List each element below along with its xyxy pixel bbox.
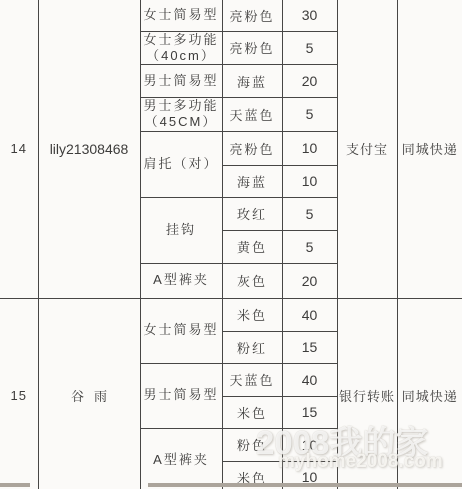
payment-cell: 银行转账 <box>337 298 397 489</box>
color-cell: 亮粉色 <box>222 131 282 165</box>
product-cell: 男士多功能 （45CM） <box>140 98 222 132</box>
product-name: 女士简易型 <box>141 7 222 23</box>
color-cell: 亮粉色 <box>222 0 282 31</box>
product-size: （45CM） <box>141 114 222 130</box>
quantity-cell: 10 <box>282 131 337 165</box>
product-name: 男士多功能 <box>141 98 222 114</box>
color-cell: 玫红 <box>222 197 282 230</box>
shipping-cell: 同城快递 <box>397 0 462 298</box>
quantity-cell: 5 <box>282 31 337 65</box>
quantity-cell: 30 <box>282 0 337 31</box>
color-cell: 天蓝色 <box>222 363 282 396</box>
quantity-cell: 10 <box>282 428 337 461</box>
order-table: 14 lily21308468 女士简易型 亮粉色 30 支付宝 同城快递 女士… <box>0 0 462 489</box>
quantity-cell: 15 <box>282 396 337 428</box>
shipping-cell: 同城快递 <box>397 298 462 489</box>
color-cell: 天蓝色 <box>222 98 282 132</box>
product-cell: 女士多功能 （40cm） <box>140 31 222 65</box>
quantity-cell: 5 <box>282 197 337 230</box>
customer-cell: 谷雨 <box>38 298 140 489</box>
color-cell: 粉红 <box>222 331 282 363</box>
product-cell: 男士简易型 <box>140 363 222 428</box>
product-cell: 肩托（对） <box>140 131 222 197</box>
product-name: 男士简易型 <box>141 387 222 403</box>
color-cell: 灰色 <box>222 263 282 298</box>
payment-cell: 支付宝 <box>337 0 397 298</box>
color-cell: 米色 <box>222 396 282 428</box>
product-cell: A型裤夹 <box>140 263 222 298</box>
product-cell: 男士简易型 <box>140 65 222 98</box>
product-cell: 女士简易型 <box>140 0 222 31</box>
quantity-cell: 5 <box>282 230 337 263</box>
quantity-cell: 10 <box>282 165 337 197</box>
quantity-cell: 40 <box>282 298 337 331</box>
quantity-cell: 20 <box>282 263 337 298</box>
quantity-cell: 5 <box>282 98 337 132</box>
product-cell: 女士简易型 <box>140 298 222 363</box>
product-name: 女士简易型 <box>141 322 222 338</box>
order-no-cell: 14 <box>0 0 38 298</box>
color-cell: 米色 <box>222 298 282 331</box>
product-name: 肩托（对） <box>141 156 222 172</box>
product-cell: A型裤夹 <box>140 428 222 489</box>
product-name: A型裤夹 <box>141 272 222 288</box>
order-no-cell: 15 <box>0 298 38 489</box>
product-name: 男士简易型 <box>141 73 222 89</box>
color-cell: 亮粉色 <box>222 31 282 65</box>
product-name: 女士多功能 <box>141 32 222 48</box>
color-cell: 黄色 <box>222 230 282 263</box>
product-name: A型裤夹 <box>141 452 222 468</box>
customer-cell: lily21308468 <box>38 0 140 298</box>
bottom-edge-artifact <box>148 483 462 487</box>
quantity-cell: 20 <box>282 65 337 98</box>
color-cell: 海蓝 <box>222 165 282 197</box>
quantity-cell: 40 <box>282 363 337 396</box>
order-table-screenshot: 14 lily21308468 女士简易型 亮粉色 30 支付宝 同城快递 女士… <box>0 0 462 489</box>
color-cell: 海蓝 <box>222 65 282 98</box>
product-cell: 挂钩 <box>140 197 222 263</box>
product-size: （40cm） <box>141 48 222 64</box>
product-name: 挂钩 <box>141 222 222 238</box>
bottom-edge-artifact <box>0 483 30 487</box>
quantity-cell: 15 <box>282 331 337 363</box>
table-row: 15 谷雨 女士简易型 米色 40 银行转账 同城快递 <box>0 298 462 331</box>
table-row: 14 lily21308468 女士简易型 亮粉色 30 支付宝 同城快递 <box>0 0 462 31</box>
color-cell: 粉色 <box>222 428 282 461</box>
